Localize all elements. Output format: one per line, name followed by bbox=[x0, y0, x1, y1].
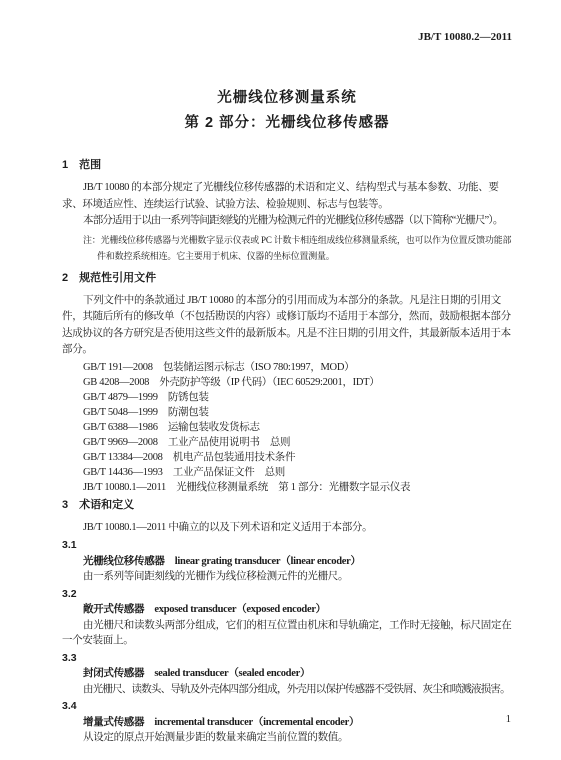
document-title-line2: 第 2 部分：光栅线位移传感器 bbox=[62, 111, 512, 136]
reference-item: GB/T 4879—1999 防锈包装 bbox=[83, 390, 512, 405]
term-item-3-3: 3.3 封闭式传感器 sealed transducer（sealed enco… bbox=[62, 651, 512, 698]
document-title-line1: 光栅线位移测量系统 bbox=[62, 86, 512, 111]
scope-paragraph-1: JB/T 10080 的本部分规定了光栅线位移传感器的术语和定义、结构型式与基本… bbox=[62, 180, 512, 213]
section-scope: 1 范围 JB/T 10080 的本部分规定了光栅线位移传感器的术语和定义、结构… bbox=[62, 158, 512, 264]
term-item-3-1: 3.1 光栅线位移传感器 linear grating transducer（l… bbox=[62, 538, 512, 585]
section1-heading: 1 范围 bbox=[62, 158, 512, 172]
term-number: 3.3 bbox=[62, 651, 512, 667]
term-number: 3.1 bbox=[62, 538, 512, 554]
document-title: 光栅线位移测量系统 第 2 部分：光栅线位移传感器 bbox=[62, 86, 512, 136]
term-definition: 由一系列等间距刻线的光栅作为线位移检测元件的光栅尺。 bbox=[62, 569, 512, 585]
term-name: 封闭式传感器 sealed transducer（sealed encoder） bbox=[83, 666, 512, 682]
terms-intro-paragraph: JB/T 10080.1—2011 中确立的以及下列术语和定义适用于本部分。 bbox=[62, 520, 512, 537]
reference-item: GB/T 13384—2008 机电产品包装通用技术条件 bbox=[83, 450, 512, 465]
reference-item: GB/T 6388—1986 运输包装收发货标志 bbox=[83, 420, 512, 435]
term-name: 敞开式传感器 exposed transducer（exposed encode… bbox=[83, 602, 512, 618]
term-definition: 由光栅尺和读数头两部分组成，它们的相互位置由机床和导轨确定，工作时无接触，标尺固… bbox=[62, 618, 512, 649]
term-number: 3.4 bbox=[62, 699, 512, 715]
references-intro-paragraph: 下列文件中的条款通过 JB/T 10080 的本部分的引用而成为本部分的条款。凡… bbox=[62, 293, 512, 359]
term-name: 光栅线位移传感器 linear grating transducer（linea… bbox=[83, 554, 512, 570]
scope-note: 注：光栅线位移传感器与光栅数字显示仪表或 PC 计数卡相连组成线位移测量系统，也… bbox=[83, 232, 512, 264]
reference-item: GB/T 14436—1993 工业产品保证文件 总则 bbox=[83, 465, 512, 480]
section2-heading: 2 规范性引用文件 bbox=[62, 271, 512, 285]
standard-document-page: JB/T 10080.2—2011 光栅线位移测量系统 第 2 部分：光栅线位移… bbox=[0, 0, 561, 760]
term-item-3-4: 3.4 增量式传感器 incremental transducer（increm… bbox=[62, 699, 512, 746]
section3-heading: 3 术语和定义 bbox=[62, 498, 512, 512]
reference-item: GB/T 191—2008 包装储运图示标志（ISO 780:1997，MOD） bbox=[83, 360, 512, 375]
page-number: 1 bbox=[506, 712, 511, 729]
reference-item: JB/T 10080.1—2011 光栅线位移测量系统 第 1 部分：光栅数字显… bbox=[83, 480, 512, 495]
reference-item: GB/T 5048—1999 防潮包装 bbox=[83, 405, 512, 420]
section-terms-definitions: 3 术语和定义 JB/T 10080.1—2011 中确立的以及下列术语和定义适… bbox=[62, 498, 512, 746]
reference-item: GB/T 9969—2008 工业产品使用说明书 总则 bbox=[83, 435, 512, 450]
reference-list: GB/T 191—2008 包装储运图示标志（ISO 780:1997，MOD）… bbox=[62, 360, 512, 495]
reference-item: GB 4208—2008 外壳防护等级（IP 代码）（IEC 60529:200… bbox=[83, 375, 512, 390]
document-code-header: JB/T 10080.2—2011 bbox=[62, 30, 512, 44]
term-definition: 由光栅尺、读数头、导轨及外壳体四部分组成，外壳用以保护传感器不受铁屑、灰尘和喷溅… bbox=[62, 682, 512, 698]
term-number: 3.2 bbox=[62, 587, 512, 603]
term-definition: 从设定的原点开始测量步距的数量来确定当前位置的数值。 bbox=[62, 730, 512, 746]
term-name: 增量式传感器 incremental transducer（incrementa… bbox=[83, 715, 512, 731]
scope-paragraph-2: 本部分适用于以由一系列等间距刻线的光栅为检测元件的光栅线位移传感器（以下简称“光… bbox=[62, 213, 512, 230]
section-normative-references: 2 规范性引用文件 下列文件中的条款通过 JB/T 10080 的本部分的引用而… bbox=[62, 271, 512, 495]
term-item-3-2: 3.2 敞开式传感器 exposed transducer（exposed en… bbox=[62, 587, 512, 649]
